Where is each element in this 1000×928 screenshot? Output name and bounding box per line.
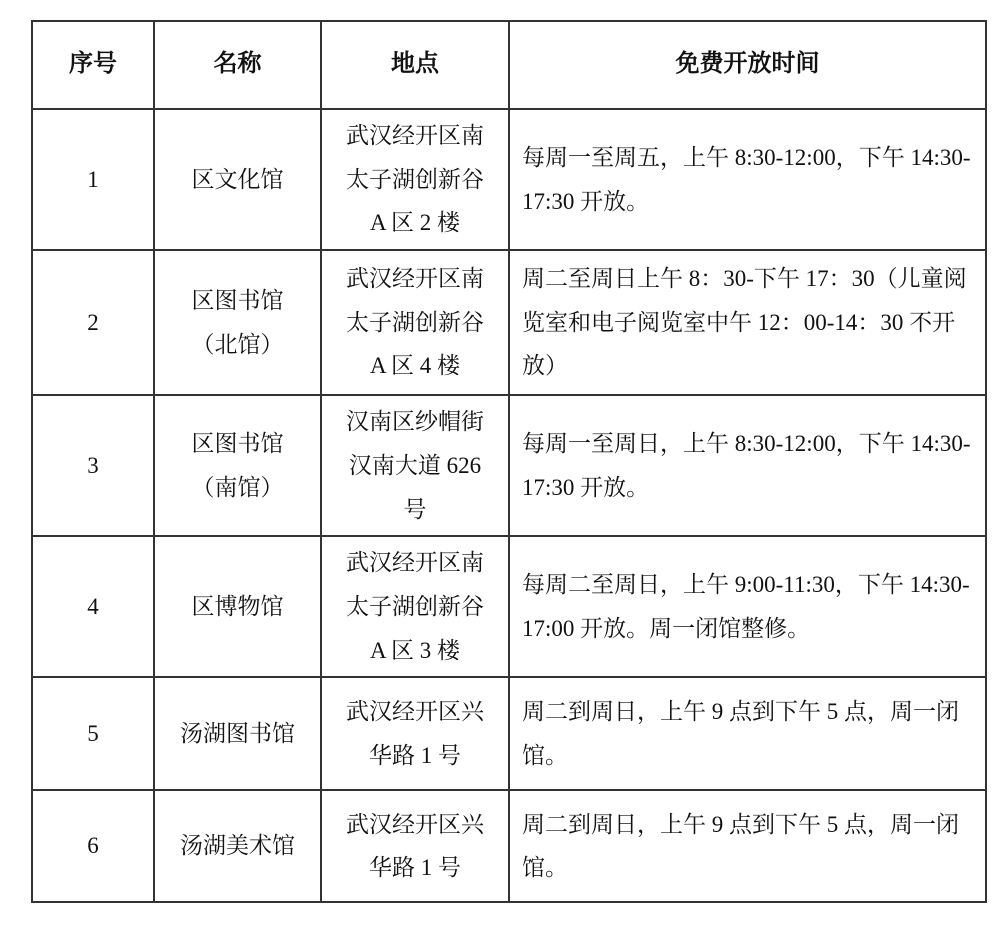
table-row: 4 区博物馆 武汉经开区南 太子湖创新谷 A 区 3 楼 每周二至周日，上午 9… (32, 536, 986, 677)
row-number-cell: 3 (32, 395, 154, 536)
table-row: 2 区图书馆 （北馆） 武汉经开区南 太子湖创新谷 A 区 4 楼 周二至周日上… (32, 250, 986, 395)
document-page: 序号 名称 地点 免费开放时间 1 区文化馆 武汉经开区南 太子湖创新谷 A 区… (0, 0, 1000, 928)
hours-cell: 周二到周日，上午 9 点到下午 5 点，周一闭馆。 (509, 677, 986, 790)
table-row: 6 汤湖美术馆 武汉经开区兴 华路 1 号 周二到周日，上午 9 点到下午 5 … (32, 790, 986, 902)
hours-cell: 每周二至周日，上午 9:00-11:30，下午 14:30-17:00 开放。周… (509, 536, 986, 677)
header-no: 序号 (32, 21, 154, 109)
hours-cell: 周二到周日，上午 9 点到下午 5 点，周一闭馆。 (509, 790, 986, 902)
location-cell: 武汉经开区南 太子湖创新谷 A 区 4 楼 (321, 250, 509, 395)
row-number-cell: 6 (32, 790, 154, 902)
location-cell: 武汉经开区南 太子湖创新谷 A 区 3 楼 (321, 536, 509, 677)
location-cell: 武汉经开区南 太子湖创新谷 A 区 2 楼 (321, 109, 509, 250)
venue-name-cell: 区图书馆 （北馆） (154, 250, 321, 395)
row-number-cell: 1 (32, 109, 154, 250)
row-number-cell: 2 (32, 250, 154, 395)
table-row: 5 汤湖图书馆 武汉经开区兴 华路 1 号 周二到周日，上午 9 点到下午 5 … (32, 677, 986, 790)
venue-name-cell: 区文化馆 (154, 109, 321, 250)
header-name: 名称 (154, 21, 321, 109)
venue-name-cell: 汤湖图书馆 (154, 677, 321, 790)
header-row: 序号 名称 地点 免费开放时间 (32, 21, 986, 109)
header-location: 地点 (321, 21, 509, 109)
table-row: 1 区文化馆 武汉经开区南 太子湖创新谷 A 区 2 楼 每周一至周五，上午 8… (32, 109, 986, 250)
location-cell: 武汉经开区兴 华路 1 号 (321, 790, 509, 902)
table-row: 3 区图书馆 （南馆） 汉南区纱帽街 汉南大道 626 号 每周一至周日，上午 … (32, 395, 986, 536)
row-number-cell: 4 (32, 536, 154, 677)
header-hours: 免费开放时间 (509, 21, 986, 109)
location-cell: 汉南区纱帽街 汉南大道 626 号 (321, 395, 509, 536)
venue-name-cell: 区博物馆 (154, 536, 321, 677)
venues-opening-hours-table: 序号 名称 地点 免费开放时间 1 区文化馆 武汉经开区南 太子湖创新谷 A 区… (31, 20, 987, 903)
location-cell: 武汉经开区兴 华路 1 号 (321, 677, 509, 790)
hours-cell: 周二至周日上午 8：30-下午 17：30（儿童阅览室和电子阅览室中午 12：0… (509, 250, 986, 395)
row-number-cell: 5 (32, 677, 154, 790)
venue-name-cell: 汤湖美术馆 (154, 790, 321, 902)
hours-cell: 每周一至周五，上午 8:30-12:00，下午 14:30-17:30 开放。 (509, 109, 986, 250)
hours-cell: 每周一至周日，上午 8:30-12:00，下午 14:30-17:30 开放。 (509, 395, 986, 536)
venue-name-cell: 区图书馆 （南馆） (154, 395, 321, 536)
